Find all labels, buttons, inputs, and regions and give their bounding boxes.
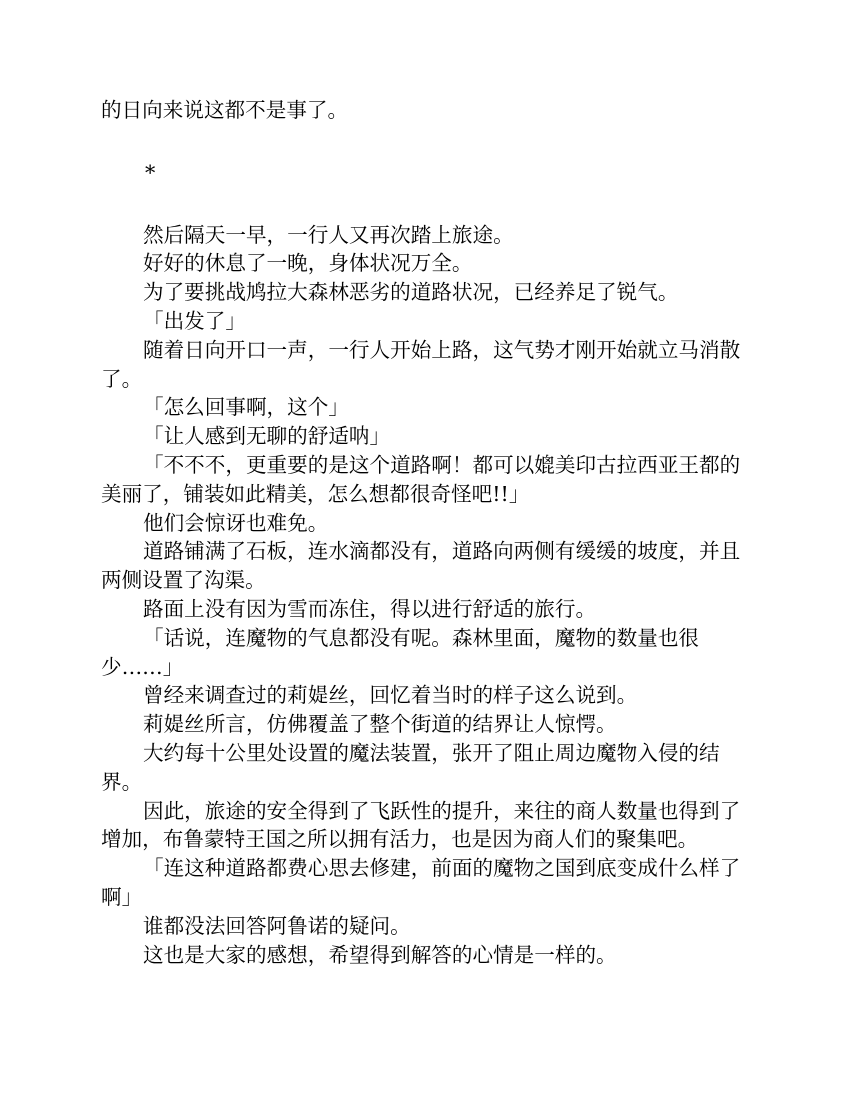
paragraph: 莉媞丝所言，仿佛覆盖了整个街道的结界让人惊愕。: [101, 710, 746, 739]
dialogue-paragraph: 「怎么回事啊，这个」: [101, 393, 746, 422]
dialogue-paragraph: 「连这种道路都费心思去修建，前面的魔物之国到底变成什么样了啊」: [101, 854, 746, 912]
paragraph: 大约每十公里处设置的魔法装置，张开了阻止周边魔物入侵的结界。: [101, 739, 746, 797]
dialogue-paragraph: 「话说，连魔物的气息都没有呢。森林里面，魔物的数量也很少……」: [101, 624, 746, 682]
dialogue-paragraph: 「不不不，更重要的是这个道路啊！都可以媲美印古拉西亚王都的美丽了，铺装如此精美，…: [101, 451, 746, 509]
dialogue-paragraph: 「让人感到无聊的舒适呐」: [101, 422, 746, 451]
paragraph: 他们会惊讶也难免。: [101, 509, 746, 538]
paragraph: 因此，旅途的安全得到了飞跃性的提升，来往的商人数量也得到了增加，布鲁蒙特王国之所…: [101, 797, 746, 855]
document-page: 的日向来说这都不是事了。 * 然后隔天一早，一行人又再次踏上旅途。 好好的休息了…: [101, 96, 746, 969]
paragraph: 这也是大家的感想，希望得到解答的心情是一样的。: [101, 941, 746, 970]
paragraph: 然后隔天一早，一行人又再次踏上旅途。: [101, 221, 746, 250]
scene-separator: *: [101, 159, 746, 188]
paragraph: 好好的休息了一晚，身体状况万全。: [101, 249, 746, 278]
continuation-line: 的日向来说这都不是事了。: [101, 96, 746, 125]
paragraph: 道路铺满了石板，连水滴都没有，道路向两侧有缓缓的坡度，并且两侧设置了沟渠。: [101, 537, 746, 595]
dialogue-paragraph: 「出发了」: [101, 307, 746, 336]
paragraph: 谁都没法回答阿鲁诺的疑问。: [101, 912, 746, 941]
paragraph: 随着日向开口一声，一行人开始上路，这气势才刚开始就立马消散了。: [101, 336, 746, 394]
paragraph: 为了要挑战鸠拉大森林恶劣的道路状况，已经养足了锐气。: [101, 278, 746, 307]
paragraph: 路面上没有因为雪而冻住，得以进行舒适的旅行。: [101, 595, 746, 624]
paragraph: 曾经来调查过的莉媞丝，回忆着当时的样子这么说到。: [101, 681, 746, 710]
